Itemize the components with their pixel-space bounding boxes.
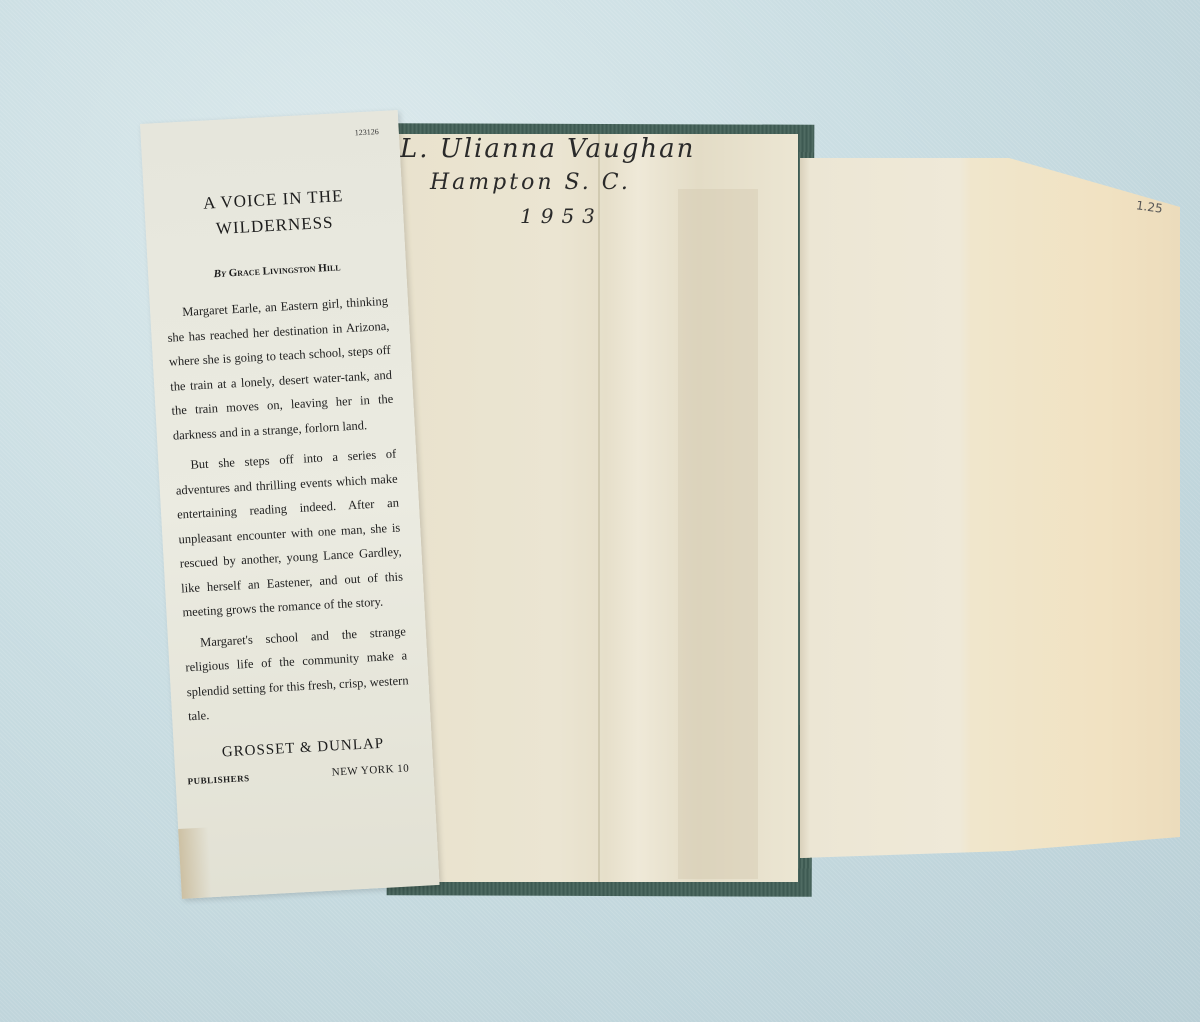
inscription-place: Hampton S. C.: [430, 170, 631, 195]
inscription-year: 1953: [520, 204, 603, 228]
book-title: A VOICE IN THE WILDERNESS: [144, 180, 404, 246]
blurb-paragraph: Margaret Earle, an Eastern girl, thinkin…: [166, 289, 396, 448]
edge-wear: [178, 827, 212, 899]
blurb-paragraph: Margaret's school and the strange religi…: [183, 619, 410, 729]
blurb-paragraph: But she steps off into a series of adven…: [174, 442, 405, 625]
publisher-name: GROSSET & DUNLAP: [174, 733, 433, 764]
endpaper-discoloration: [678, 189, 758, 879]
author-name: Grace Livingston Hill: [228, 261, 341, 279]
author-prefix: By: [213, 268, 226, 281]
publisher-location: NEW YORK 10: [331, 762, 409, 778]
flyleaf-page: [800, 158, 1180, 858]
jacket-code: 123126: [355, 127, 379, 137]
jacket-blurb: Margaret Earle, an Eastern girl, thinkin…: [166, 289, 411, 735]
inscription-name: L. Ulianna Vaughan: [400, 134, 695, 164]
endpaper-fold: [598, 134, 600, 882]
flyleaf-gutter: [800, 158, 810, 858]
front-endpaper: [398, 134, 798, 882]
dust-jacket-flap: 123126 A VOICE IN THE WILDERNESS By Grac…: [140, 110, 440, 899]
publisher-label: PUBLISHERS: [187, 773, 249, 786]
book-author: By Grace Livingston Hill: [148, 258, 406, 284]
